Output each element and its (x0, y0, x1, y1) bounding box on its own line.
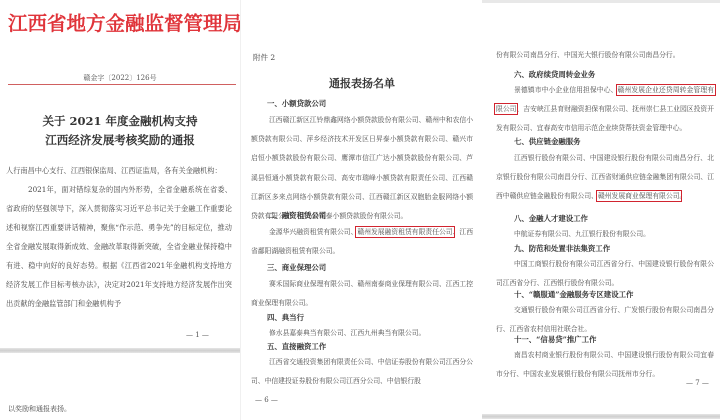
section-heading: 四、典当行 (267, 312, 304, 323)
section-heading: 十、“赣服通”金融服务专区建设工作 (514, 289, 633, 300)
notice-body: 人行南昌中心支行、江西银保监局、江西证监局，各有关金融机构： 2021年，面对错… (6, 161, 232, 313)
section-heading: 六、政府续贷周转金业务 (514, 69, 595, 80)
annex-label: 附件 2 (253, 52, 275, 63)
highlighted-company: 赣州发展商业保理有限公司 (598, 192, 680, 200)
section-heading: 三、商业保理公司 (267, 262, 326, 273)
page-number: — 6 — (255, 396, 278, 404)
section-text: 赛禾国际商业保理有限公司、赣州南泰商业保理有限公司、江西工控商业保理有限公司。 (251, 275, 473, 313)
issuer-header: 江西省地方金融监督管理局文件 (8, 8, 236, 36)
text-segment: 金源华兴融资租赁有限公司、 (269, 228, 357, 236)
section-heading: 九、防范和处置非法集资工作 (514, 243, 610, 254)
section-text: 江西银行股份有限公司、中国建设银行股份有限公司南昌分行、北京银行股份有限公司南昌… (496, 149, 714, 207)
document-number: 赣金字〔2022〕126号 (0, 73, 240, 83)
section-text: 中国工商银行股份有限公司江西省分行、中国建设银行股份有限公司江西省分行、江西银行… (496, 255, 714, 293)
document-page-1: 江西省地方金融监督管理局文件 赣金字〔2022〕126号 关于 2021 年度金… (0, 0, 240, 420)
section-heading: 一、小额贷款公司 (267, 98, 326, 109)
page-top-edge (482, 0, 720, 3)
section-heading: 二、融资租赁公司 (267, 210, 326, 221)
document-page-6: 附件 2 通报表扬名单 一、小额贷款公司 江西赣江新区江铃鼎鑫网络小额贷款股份有… (240, 0, 483, 420)
section-text: 江西赣江新区江铃鼎鑫网络小额贷款股份有限公司、赣州中和农信小额贷款有限公司、萍乡… (251, 111, 473, 226)
body-text: 2021年，面对错综复杂的国内外形势，全省金融系统在省委、省政府的坚强领导下，深… (6, 185, 232, 308)
text-segment: 、吉安峡江县育财融资担保有限公司、抚州崇仁县工业园区投资开发有限公司、宜春高安市… (496, 105, 714, 132)
highlighted-company: 赣州发展融资租赁有限责任公司 (357, 228, 452, 236)
text-segment: 。 (680, 192, 687, 200)
text-segment: 景德镇市中小企业信用担保中心、 (514, 86, 618, 94)
page-separator (0, 348, 240, 353)
section-heading: 五、直接融资工作 (267, 341, 326, 352)
commendation-list-title: 通报表扬名单 (241, 75, 483, 91)
section-text: 南昌农村商业银行股份有限公司、中国建设银行股份有限公司宜春市分行、中国农业发展银… (496, 346, 714, 384)
notice-title-line-2: 江西经济发展考核奖励的通报 (0, 132, 240, 148)
section-heading: 八、金融人才建设工作 (514, 213, 588, 224)
body-paragraph: 2021年，面对错综复杂的国内外形势，全省金融系统在省委、省政府的坚强领导下，深… (6, 180, 232, 313)
page-number: — 1 — (186, 331, 209, 339)
document-page-7: 份有限公司南昌分行、中国光大银行股份有限公司南昌分行。 六、政府续贷周转金业务 … (482, 0, 720, 420)
addressee: 人行南昌中心支行、江西银保监局、江西证监局，各有关金融机构： (6, 161, 232, 180)
continuation-text: 以奖励和通报表扬。 (8, 404, 71, 414)
page-number: — 7 — (686, 379, 709, 387)
section-text: 景德镇市中小企业信用担保中心、赣州发展企业还贷周转金管理有限公司、吉安峡江县育财… (496, 81, 714, 139)
page-separator (482, 414, 720, 419)
section-text: 中航证券有限公司、九江银行股份有限公司。 (496, 225, 714, 244)
notice-title-line-1: 关于 2021 年度金融机构支持 (0, 113, 240, 129)
section-text: 金源华兴融资租赁有限公司、赣州发展融资租赁有限责任公司、江西省鄱阳湖融资租赁有限… (251, 223, 473, 261)
section-heading: 七、供应链金融服务 (514, 136, 581, 147)
section-heading: 十一、“信易贷”推广工作 (514, 334, 596, 345)
red-divider (8, 84, 236, 85)
section-text: 江西省交通投资集团有限责任公司、中信证券股份有限公司江西分公司、中信建投证券股份… (251, 353, 473, 391)
lead-text: 份有限公司南昌分行、中国光大银行股份有限公司南昌分行。 (496, 46, 714, 65)
